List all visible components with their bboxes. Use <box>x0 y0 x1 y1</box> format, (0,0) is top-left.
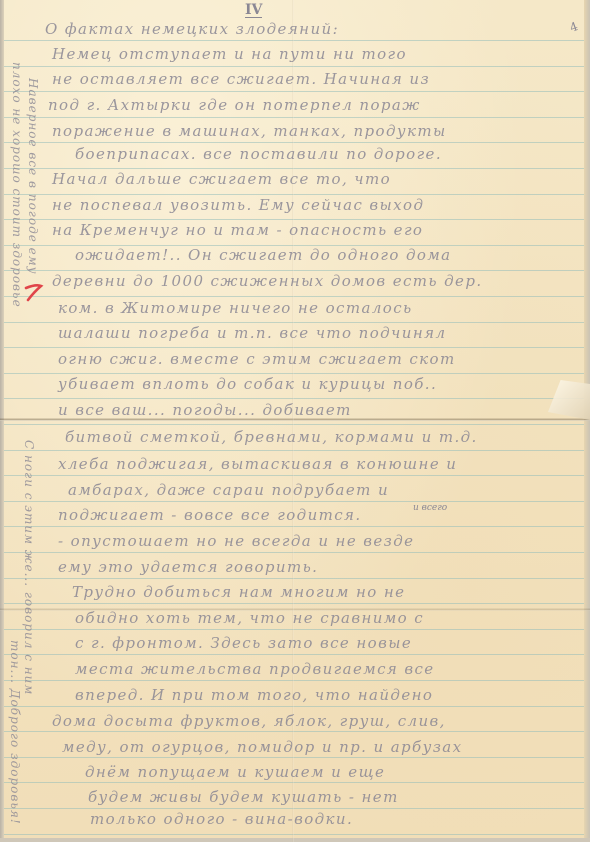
rule-line <box>4 424 584 425</box>
rule-line <box>4 475 584 476</box>
rule-line <box>4 66 584 67</box>
letter-line: поджигает - вовсе все годится. <box>58 506 362 524</box>
letter-line: днём попущаем и кушаем и еще <box>85 763 385 781</box>
letter-line: и все ваш... погоды... добивает <box>58 401 352 419</box>
letter-line: обидно хоть тем, что не сравнимо с <box>75 609 424 627</box>
letter-line: ком. в Житомире ничего не осталось <box>58 299 413 317</box>
rule-line <box>4 834 584 835</box>
rule-line <box>4 322 584 323</box>
letter-line: огню сжиг. вместе с этим сжигает скот <box>58 350 456 368</box>
rule-line <box>4 373 584 374</box>
paper-tear <box>548 380 590 420</box>
margin-note-2: плохо не хорошо стоит здоровье <box>10 62 24 308</box>
rule-line <box>4 629 584 630</box>
letter-line: не оставляет все сжигает. Начиная из <box>52 70 430 88</box>
rule-line <box>4 526 584 527</box>
rule-line <box>4 782 584 783</box>
rule-line <box>4 680 584 681</box>
letter-line: хлеба поджигая, вытаскивая в конюшне и <box>58 455 457 473</box>
letter-line: Начал дальше сжигает все то, что <box>52 170 391 188</box>
rule-line <box>4 757 584 758</box>
rule-line <box>4 450 584 451</box>
letter-line: дома досыта фруктов, яблок, груш, слив, <box>52 712 446 730</box>
paper-edge-right <box>584 0 590 842</box>
letter-line: Немец отступает и на пути ни того <box>52 45 407 63</box>
rule-line <box>4 731 584 732</box>
letter-line: битвой сметкой, бревнами, кормами и т.д. <box>65 428 478 446</box>
letter-line: на Кременчуг но и там - опасность его <box>52 221 423 239</box>
letter-line: ожидает!.. Он сжигает до одного дома <box>75 246 452 264</box>
rule-line <box>4 142 584 143</box>
margin-note-4: тон... Доброго здоровья! <box>8 640 22 825</box>
letter-line: будем живы будем кушать - нет <box>88 788 399 806</box>
rule-line <box>4 91 584 92</box>
rule-line <box>4 40 584 41</box>
rule-line <box>4 347 584 348</box>
rule-line <box>4 296 584 297</box>
page-number: IV <box>245 3 262 18</box>
paper-edge-bottom <box>0 838 590 842</box>
corner-mark: 4 <box>568 19 580 35</box>
letter-line: не поспевал увозить. Ему сейчас выход <box>52 196 424 214</box>
rule-line <box>4 808 584 809</box>
interlinear-insert: и всего <box>413 503 447 513</box>
rule-line <box>4 654 584 655</box>
rule-line <box>4 706 584 707</box>
letter-line: под г. Ахтырки где он потерпел пораж <box>48 96 421 114</box>
margin-note-3: С ноги с этим же... говорил с ним <box>22 440 36 695</box>
letter-line: с г. фронтом. Здесь зато все новые <box>75 634 412 652</box>
red-checkmark-icon <box>22 282 44 302</box>
rule-line <box>4 398 584 399</box>
letter-line: меду, от огурцов, помидор и пр. и арбуза… <box>62 738 463 756</box>
letter-line: места жительства продвигаемся все <box>75 660 435 678</box>
letter-page: IV 4 О фактах немецких злодеяний: Немец … <box>0 0 590 842</box>
letter-line: ему это удается говорить. <box>58 558 318 576</box>
letter-line: убивает вплоть до собак и курицы поб.. <box>58 375 437 393</box>
letter-line: вперед. И при том того, что найдено <box>75 686 433 704</box>
rule-line <box>4 603 584 604</box>
letter-line: поражение в машинах, танках, продукты <box>52 122 447 140</box>
rule-line <box>4 578 584 579</box>
title-line: О фактах немецких злодеяний: <box>45 20 339 38</box>
rule-line <box>4 552 584 553</box>
rule-line <box>4 501 584 502</box>
rule-line <box>4 168 584 169</box>
letter-line: боеприпасах. все поставили по дороге. <box>75 145 442 163</box>
letter-line: Трудно добиться нам многим но не <box>72 583 405 601</box>
rule-line <box>4 194 584 195</box>
rule-line <box>4 117 584 118</box>
letter-line: только одного - вина-водки. <box>90 810 353 828</box>
letter-line: - опустошает но не всегда и не везде <box>58 532 414 550</box>
letter-line: амбарах, даже сараи подрубает и <box>68 481 389 499</box>
letter-line: шалаши погреба и т.п. все что подчинял <box>58 324 446 342</box>
margin-note-1: Наверное все в погоде ему <box>26 78 40 275</box>
letter-line: деревни до 1000 сжиженных домов есть дер… <box>52 272 483 290</box>
paper-edge-left <box>0 0 4 842</box>
